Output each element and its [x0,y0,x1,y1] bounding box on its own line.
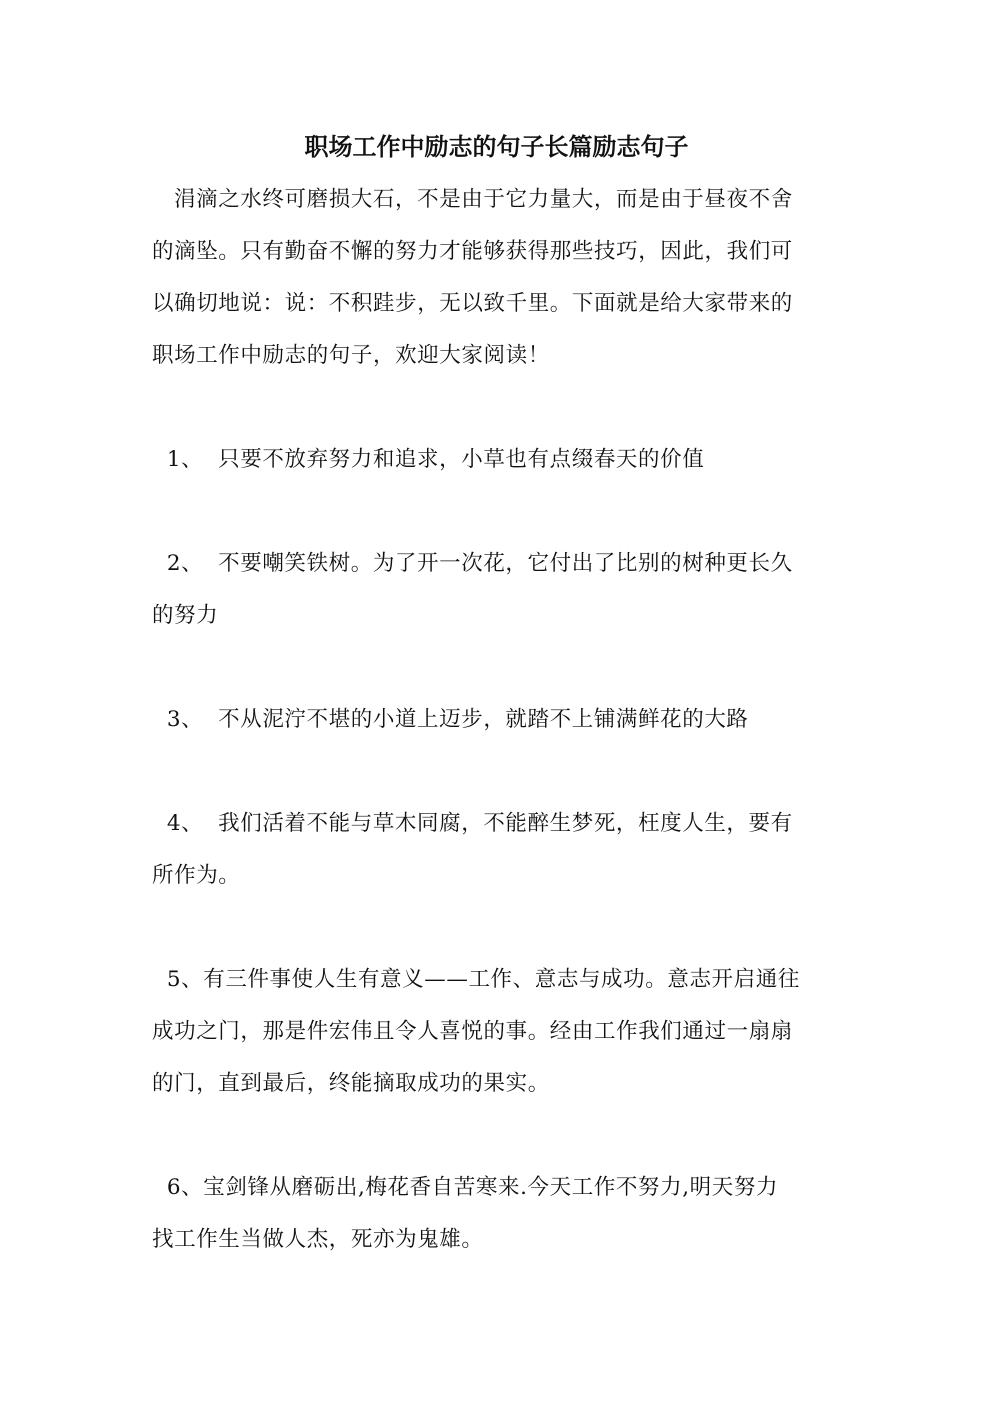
list-item-line: 6、宝剑锋从磨砺出,梅花香自苦寒来.今天工作不努力,明天努力 [152,1162,842,1214]
list-item-line: 2、 不要嘲笑铁树。为了开一次花，它付出了比别的树种更长久 [152,538,842,590]
list-item-3: 3、 不从泥泞不堪的小道上迈步，就踏不上铺满鲜花的大路 [152,694,842,746]
list-item-line: 5、有三件事使人生有意义——工作、意志与成功。意志开启通往 [152,954,842,1006]
list-item-1: 1、 只要不放弃努力和追求，小草也有点缀春天的价值 [152,434,842,486]
list-item-line: 3、 不从泥泞不堪的小道上迈步，就踏不上铺满鲜花的大路 [152,694,842,746]
document-page: 职场工作中励志的句子长篇励志句子 涓滴之水终可磨损大石，不是由于它力量大，而是由… [0,0,993,1404]
list-item-line: 4、 我们活着不能与草木同腐，不能醉生梦死，枉度人生，要有 [152,798,842,850]
list-item-line: 的努力 [152,590,842,642]
document-title: 职场工作中励志的句子长篇励志句子 [0,130,993,164]
list-item-6: 6、宝剑锋从磨砺出,梅花香自苦寒来.今天工作不努力,明天努力 找工作生当做人杰，… [152,1162,842,1266]
list-item-4: 4、 我们活着不能与草木同腐，不能醉生梦死，枉度人生，要有 所作为。 [152,798,842,902]
list-item-line: 所作为。 [152,850,842,902]
intro-line: 涓滴之水终可磨损大石，不是由于它力量大，而是由于昼夜不舍 [152,174,842,226]
list-item-line: 1、 只要不放弃努力和追求，小草也有点缀春天的价值 [152,434,842,486]
list-item-line: 找工作生当做人杰，死亦为鬼雄。 [152,1214,842,1266]
list-item-line: 成功之门，那是件宏伟且令人喜悦的事。经由工作我们通过一扇扇 [152,1006,842,1058]
intro-line: 的滴坠。只有勤奋不懈的努力才能够获得那些技巧，因此，我们可 [152,226,842,278]
list-item-line: 的门，直到最后，终能摘取成功的果实。 [152,1058,842,1110]
intro-line: 以确切地说：说：不积跬步，无以致千里。下面就是给大家带来的 [152,278,842,330]
intro-paragraph: 涓滴之水终可磨损大石，不是由于它力量大，而是由于昼夜不舍 的滴坠。只有勤奋不懈的… [152,174,842,382]
list-item-5: 5、有三件事使人生有意义——工作、意志与成功。意志开启通往 成功之门，那是件宏伟… [152,954,842,1110]
list-item-2: 2、 不要嘲笑铁树。为了开一次花，它付出了比别的树种更长久 的努力 [152,538,842,642]
intro-line: 职场工作中励志的句子，欢迎大家阅读！ [152,330,842,382]
